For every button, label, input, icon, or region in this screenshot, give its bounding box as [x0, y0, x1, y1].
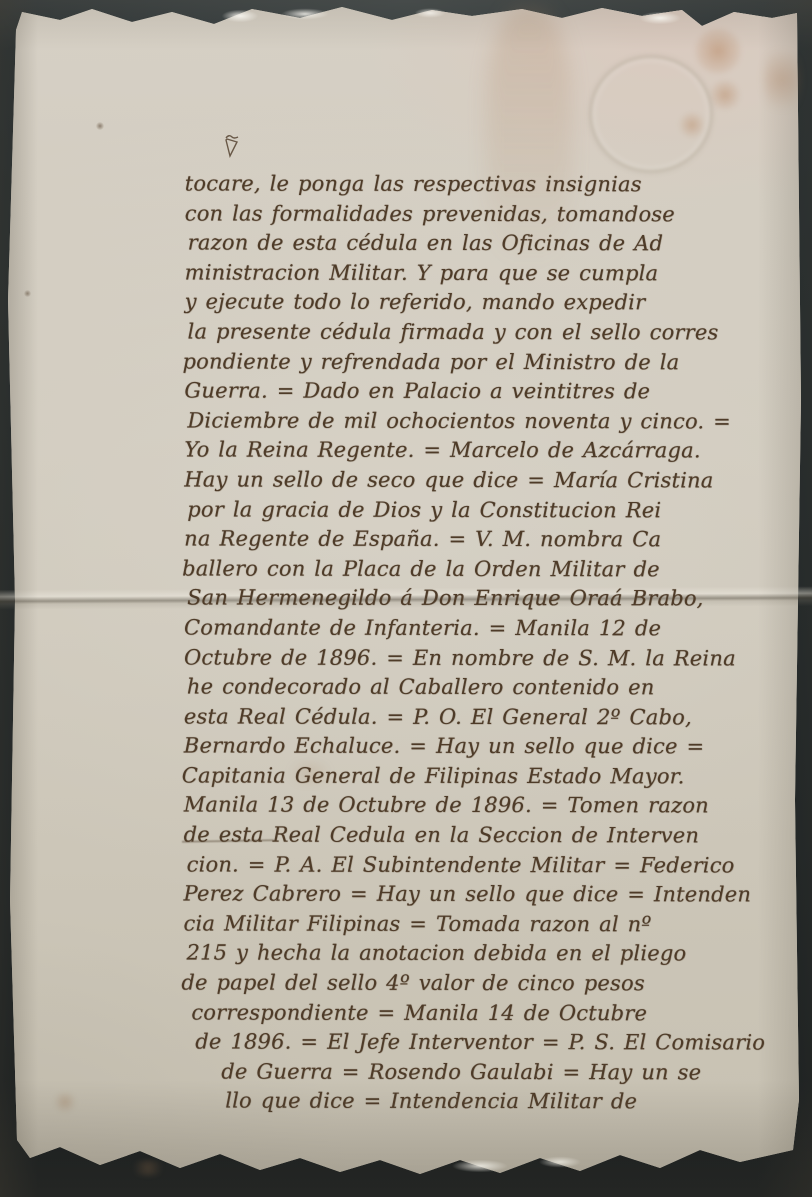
- manuscript-line: Perez Cabrero = Hay un sello que dice = …: [184, 880, 800, 911]
- manuscript-line: de papel del sello 4º valor de cinco pes…: [181, 968, 799, 999]
- manuscript-line: esta Real Cédula. = P. O. El General 2º …: [184, 702, 800, 733]
- margin-flourish-mark: [220, 132, 246, 162]
- manuscript-line: Comandante de Infanteria. = Manila 12 de: [184, 613, 800, 644]
- manuscript-line: Octubre de 1896. = En nombre de S. M. la…: [184, 643, 800, 674]
- manuscript-line: San Hermenegildo á Don Enrique Oraá Brab…: [187, 584, 800, 615]
- manuscript-line: de Guerra = Rosendo Gaulabi = Hay un se: [221, 1057, 799, 1088]
- manuscript-line: Capitania General de Filipinas Estado Ma…: [182, 761, 800, 792]
- manuscript-line: Diciembre de mil ochocientos noventa y c…: [187, 406, 800, 437]
- manuscript-line: Hay un sello de seco que dice = María Cr…: [184, 465, 800, 496]
- manuscript-line: y ejecute todo lo referido, mando expedi…: [185, 288, 801, 319]
- manuscript-line: ministracion Militar. Y para que se cump…: [185, 258, 801, 289]
- manuscript-text: tocare, le ponga las respectivas insigni…: [183, 169, 801, 1117]
- flourish-triangle-icon: [220, 132, 246, 162]
- stain: [128, 1160, 168, 1176]
- photo-background: tocare, le ponga las respectivas insigni…: [0, 0, 812, 1197]
- manuscript-line: por la gracia de Dios y la Constitucion …: [187, 495, 800, 526]
- manuscript-line: de esta Real Cedula en la Seccion de Int…: [184, 821, 800, 852]
- manuscript-line: cion. = P. A. El Subintendente Militar =…: [187, 850, 800, 881]
- manuscript-line: cia Militar Filipinas = Tomada razon al …: [183, 909, 799, 940]
- manuscript-line: tocare, le ponga las respectivas insigni…: [185, 169, 801, 200]
- manuscript-line: he condecorado al Caballero contenido en: [187, 673, 800, 704]
- manuscript-line: Manila 13 de Octubre de 1896. = Tomen ra…: [184, 791, 800, 822]
- manuscript-line: correspondiente = Manila 14 de Octubre: [191, 998, 799, 1029]
- manuscript-line: Guerra. = Dado en Palacio a veintitres d…: [184, 377, 800, 408]
- manuscript-line: Bernardo Echaluce. = Hay un sello que di…: [184, 732, 800, 763]
- manuscript-line: 215 y hecha la anotacion debida en el pl…: [186, 939, 799, 970]
- manuscript-line: llo que dice = Intendencia Militar de: [225, 1087, 799, 1118]
- manuscript-line: Yo la Reina Regente. = Marcelo de Azcárr…: [184, 436, 800, 467]
- manuscript-line: con las formalidades prevenidas, tomando…: [185, 199, 801, 230]
- manuscript-line: de 1896. = El Jefe Interventor = P. S. E…: [195, 1028, 799, 1059]
- manuscript-line: razon de esta cédula en las Oficinas de …: [188, 229, 801, 260]
- manuscript-line: la presente cédula firmada y con el sell…: [188, 317, 801, 348]
- manuscript-line: ballero con la Placa de la Orden Militar…: [182, 554, 800, 585]
- manuscript-line: na Regente de España. = V. M. nombra Ca: [184, 525, 800, 556]
- manuscript-line: pondiente y refrendada por el Ministro d…: [182, 347, 800, 378]
